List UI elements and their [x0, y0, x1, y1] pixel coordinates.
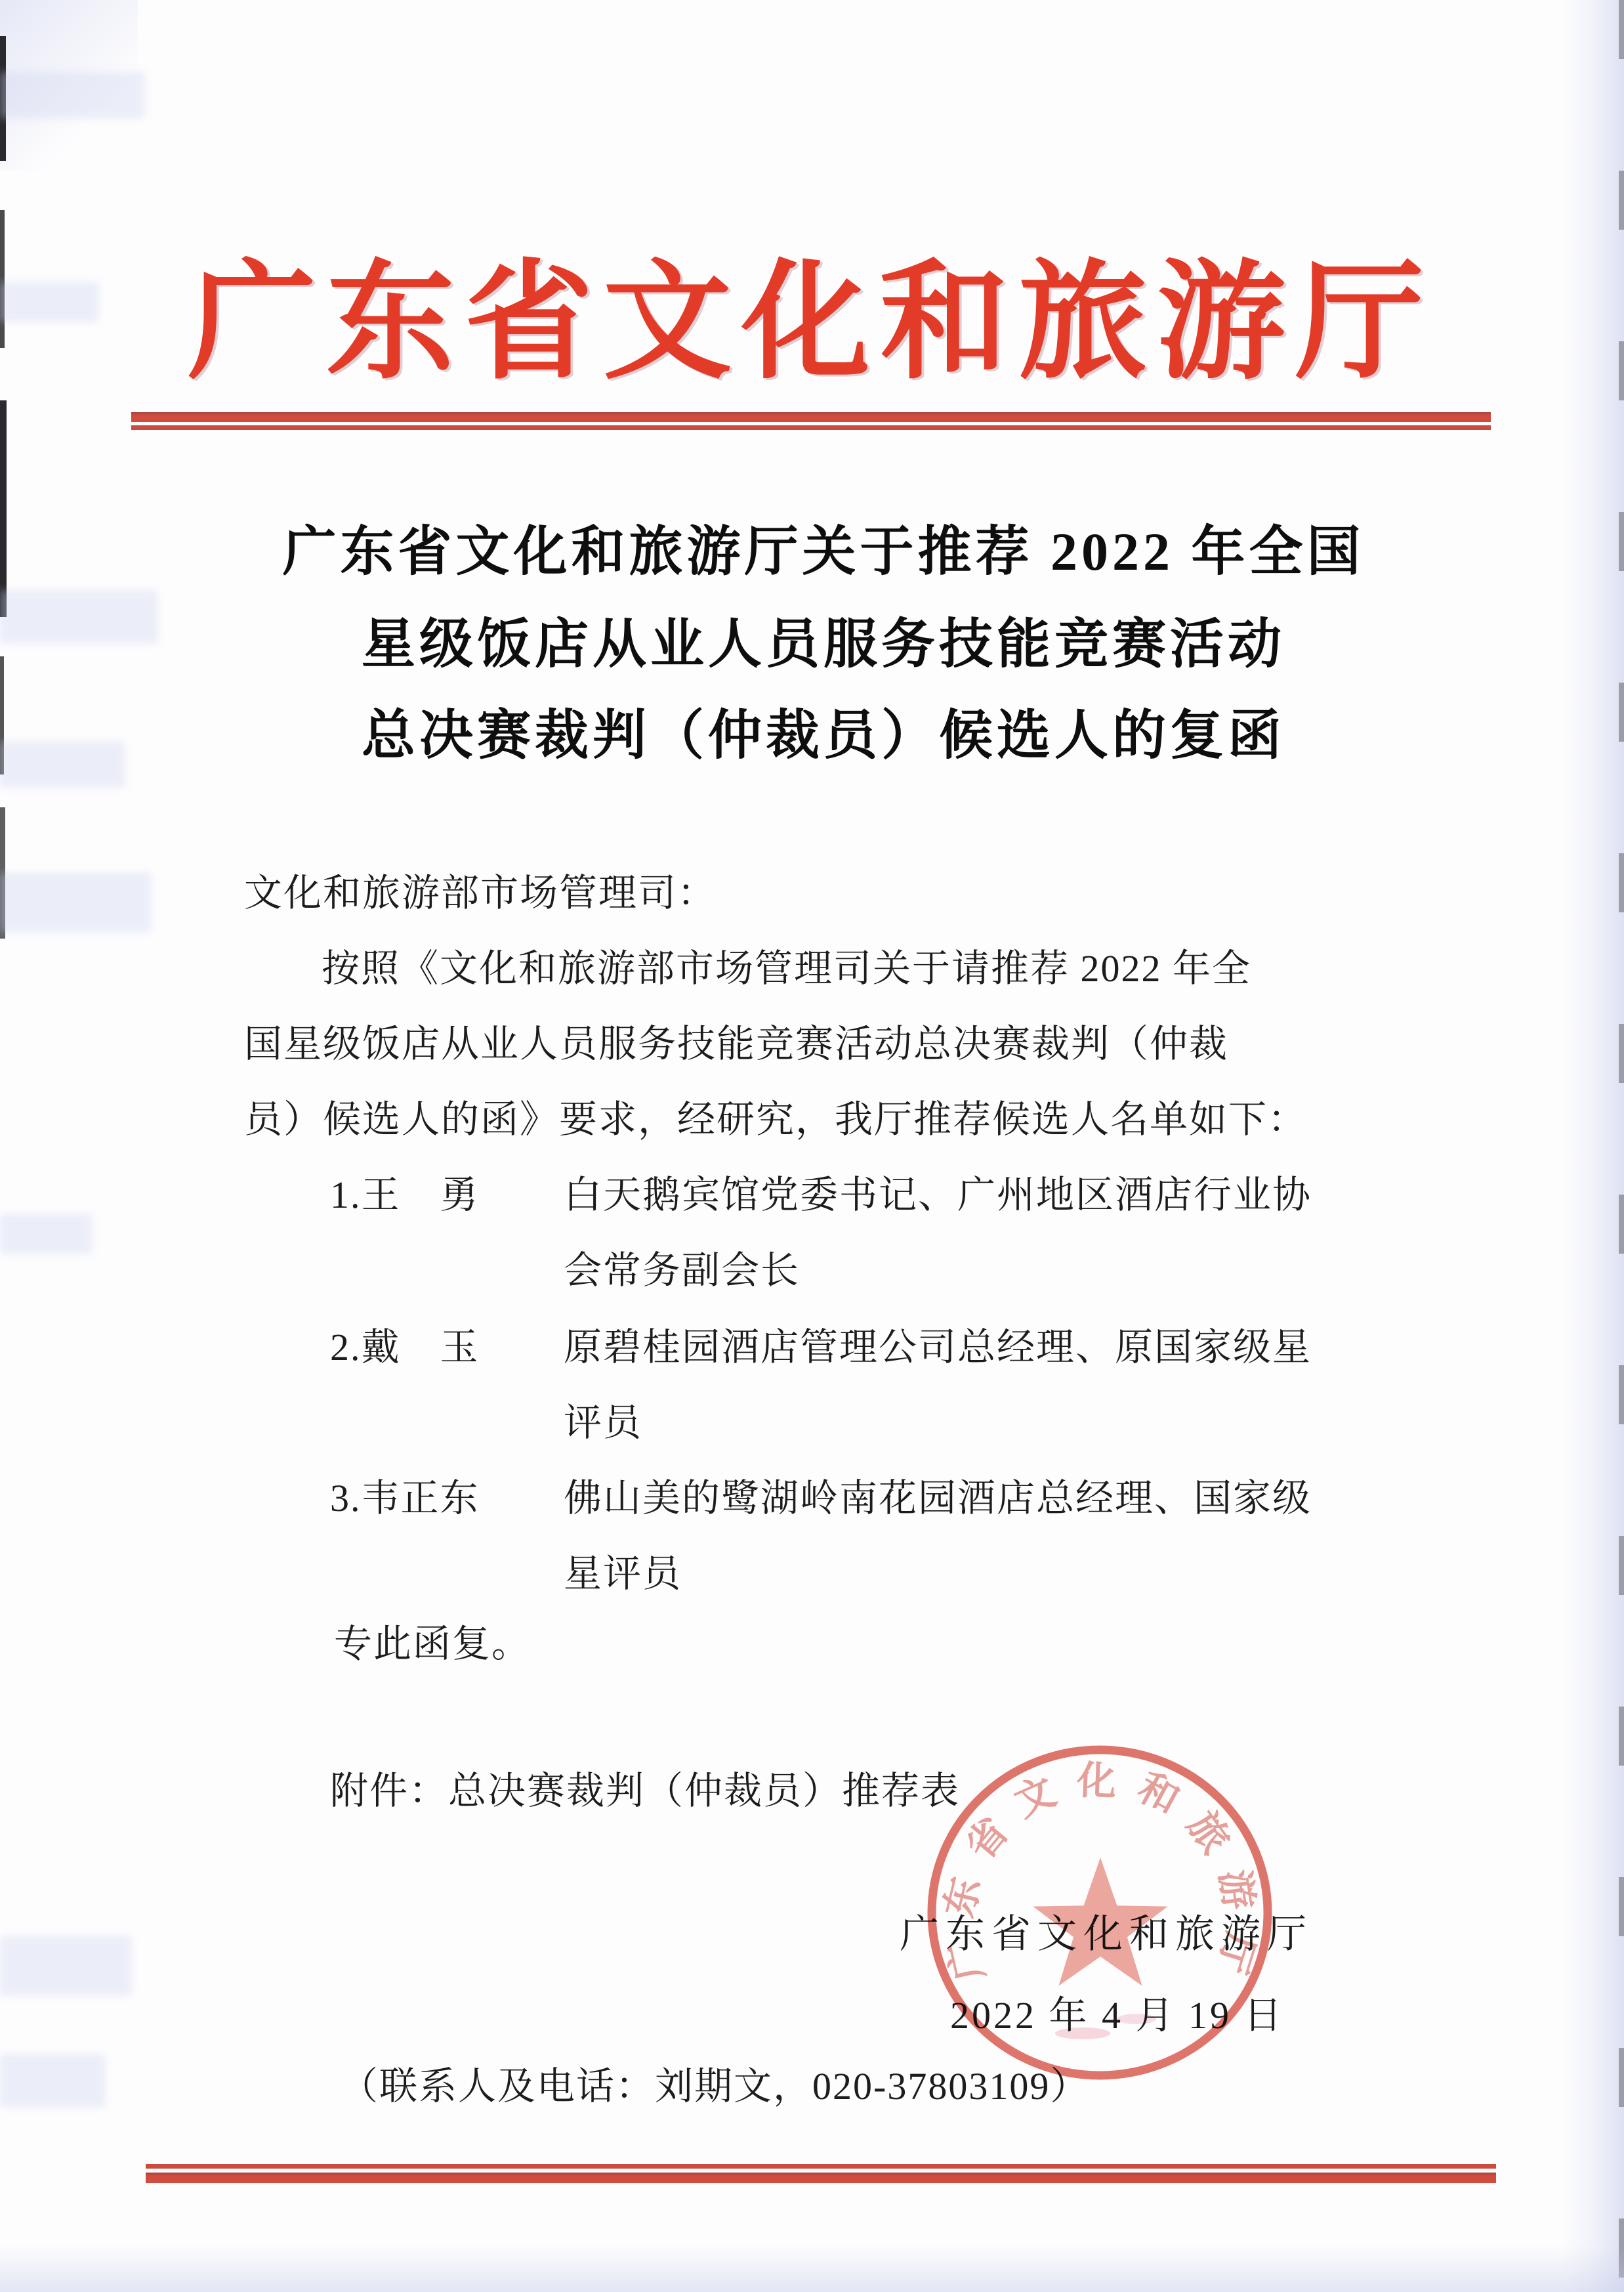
list-item-3-desc-cont: 星评员: [564, 1551, 682, 1597]
scan-smudge: [0, 72, 144, 118]
seal-smudge: [1117, 2014, 1156, 2024]
seal-smudge: [1055, 2027, 1110, 2039]
document-title-line-2: 星级饭店从业人员服务技能竞赛活动: [246, 616, 1401, 673]
list-item-1-name: 1.王 勇: [330, 1172, 480, 1218]
list-item-1-desc: 白天鹅宾馆党委书记、广州地区酒店行业协: [564, 1172, 1312, 1218]
scan-smudge: [0, 591, 157, 643]
attachment-note: 附件：总决赛裁判（仲裁员）推荐表: [330, 1768, 960, 1814]
scan-bottom-band: [0, 2239, 1624, 2292]
scan-left-edge-mark: [0, 210, 5, 348]
scan-smudge: [0, 873, 151, 932]
document-title-line-3: 总决赛裁判（仲裁员）候选人的复函: [246, 708, 1401, 764]
scan-smudge: [0, 282, 98, 322]
scan-right-edge-marks: [1619, 0, 1624, 2292]
letterhead-rule-thick: [131, 412, 1491, 422]
list-item-3: 3.韦正东 佛山美的鹭湖岭南花园酒店总经理、国家级: [330, 1475, 1413, 1521]
letterhead-agency-name: 广东省文化和旅游厅: [188, 255, 1434, 393]
list-item-1-desc-cont: 会常务副会长: [564, 1248, 800, 1294]
salutation: 文化和旅游部市场管理司：: [244, 870, 717, 916]
list-item-2-name: 2.戴 玉: [330, 1325, 480, 1370]
scan-smudge: [0, 2054, 105, 2107]
document-title-line-1: 广东省文化和旅游厅关于推荐 2022 年全国: [246, 524, 1401, 580]
scan-smudge: [0, 1214, 92, 1254]
scan-right-band: [1562, 0, 1624, 2292]
paragraph-line: 按照《文化和旅游部市场管理司关于请推荐 2022 年全: [322, 946, 1251, 992]
list-item-2: 2.戴 玉 原碧桂园酒店管理公司总经理、原国家级星: [330, 1325, 1413, 1370]
footer-rule-thin: [146, 2164, 1496, 2169]
list-item-3-name: 3.韦正东: [330, 1475, 480, 1521]
official-seal: 广东省文化和旅游厅: [920, 1737, 1280, 2085]
paragraph-line: 员）候选人的函》要求，经研究，我厅推荐候选人名单如下：: [244, 1097, 1307, 1143]
scan-left-edge-mark: [0, 400, 7, 617]
list-item-2-desc-cont: 评员: [564, 1400, 642, 1446]
closing-phrase: 专此函复。: [334, 1621, 531, 1667]
list-item-1: 1.王 勇 白天鹅宾馆党委书记、广州地区酒店行业协: [330, 1172, 1413, 1218]
letterhead-rule-thin: [131, 425, 1491, 430]
list-item-2-desc: 原碧桂园酒店管理公司总经理、原国家级星: [564, 1325, 1312, 1370]
list-item-3-desc: 佛山美的鹭湖岭南花园酒店总经理、国家级: [564, 1475, 1312, 1521]
scan-smudge: [0, 742, 125, 788]
paragraph-line: 国星级饭店从业人员服务技能竞赛活动总决赛裁判（仲裁: [244, 1021, 1228, 1067]
footer-rule-thick: [146, 2173, 1496, 2183]
seal-star-icon: [1033, 1857, 1167, 1985]
scan-smudge: [0, 1936, 131, 1995]
scanned-official-letter: 广东省文化和旅游厅 广东省文化和旅游厅关于推荐 2022 年全国 星级饭店从业人…: [0, 0, 1624, 2292]
